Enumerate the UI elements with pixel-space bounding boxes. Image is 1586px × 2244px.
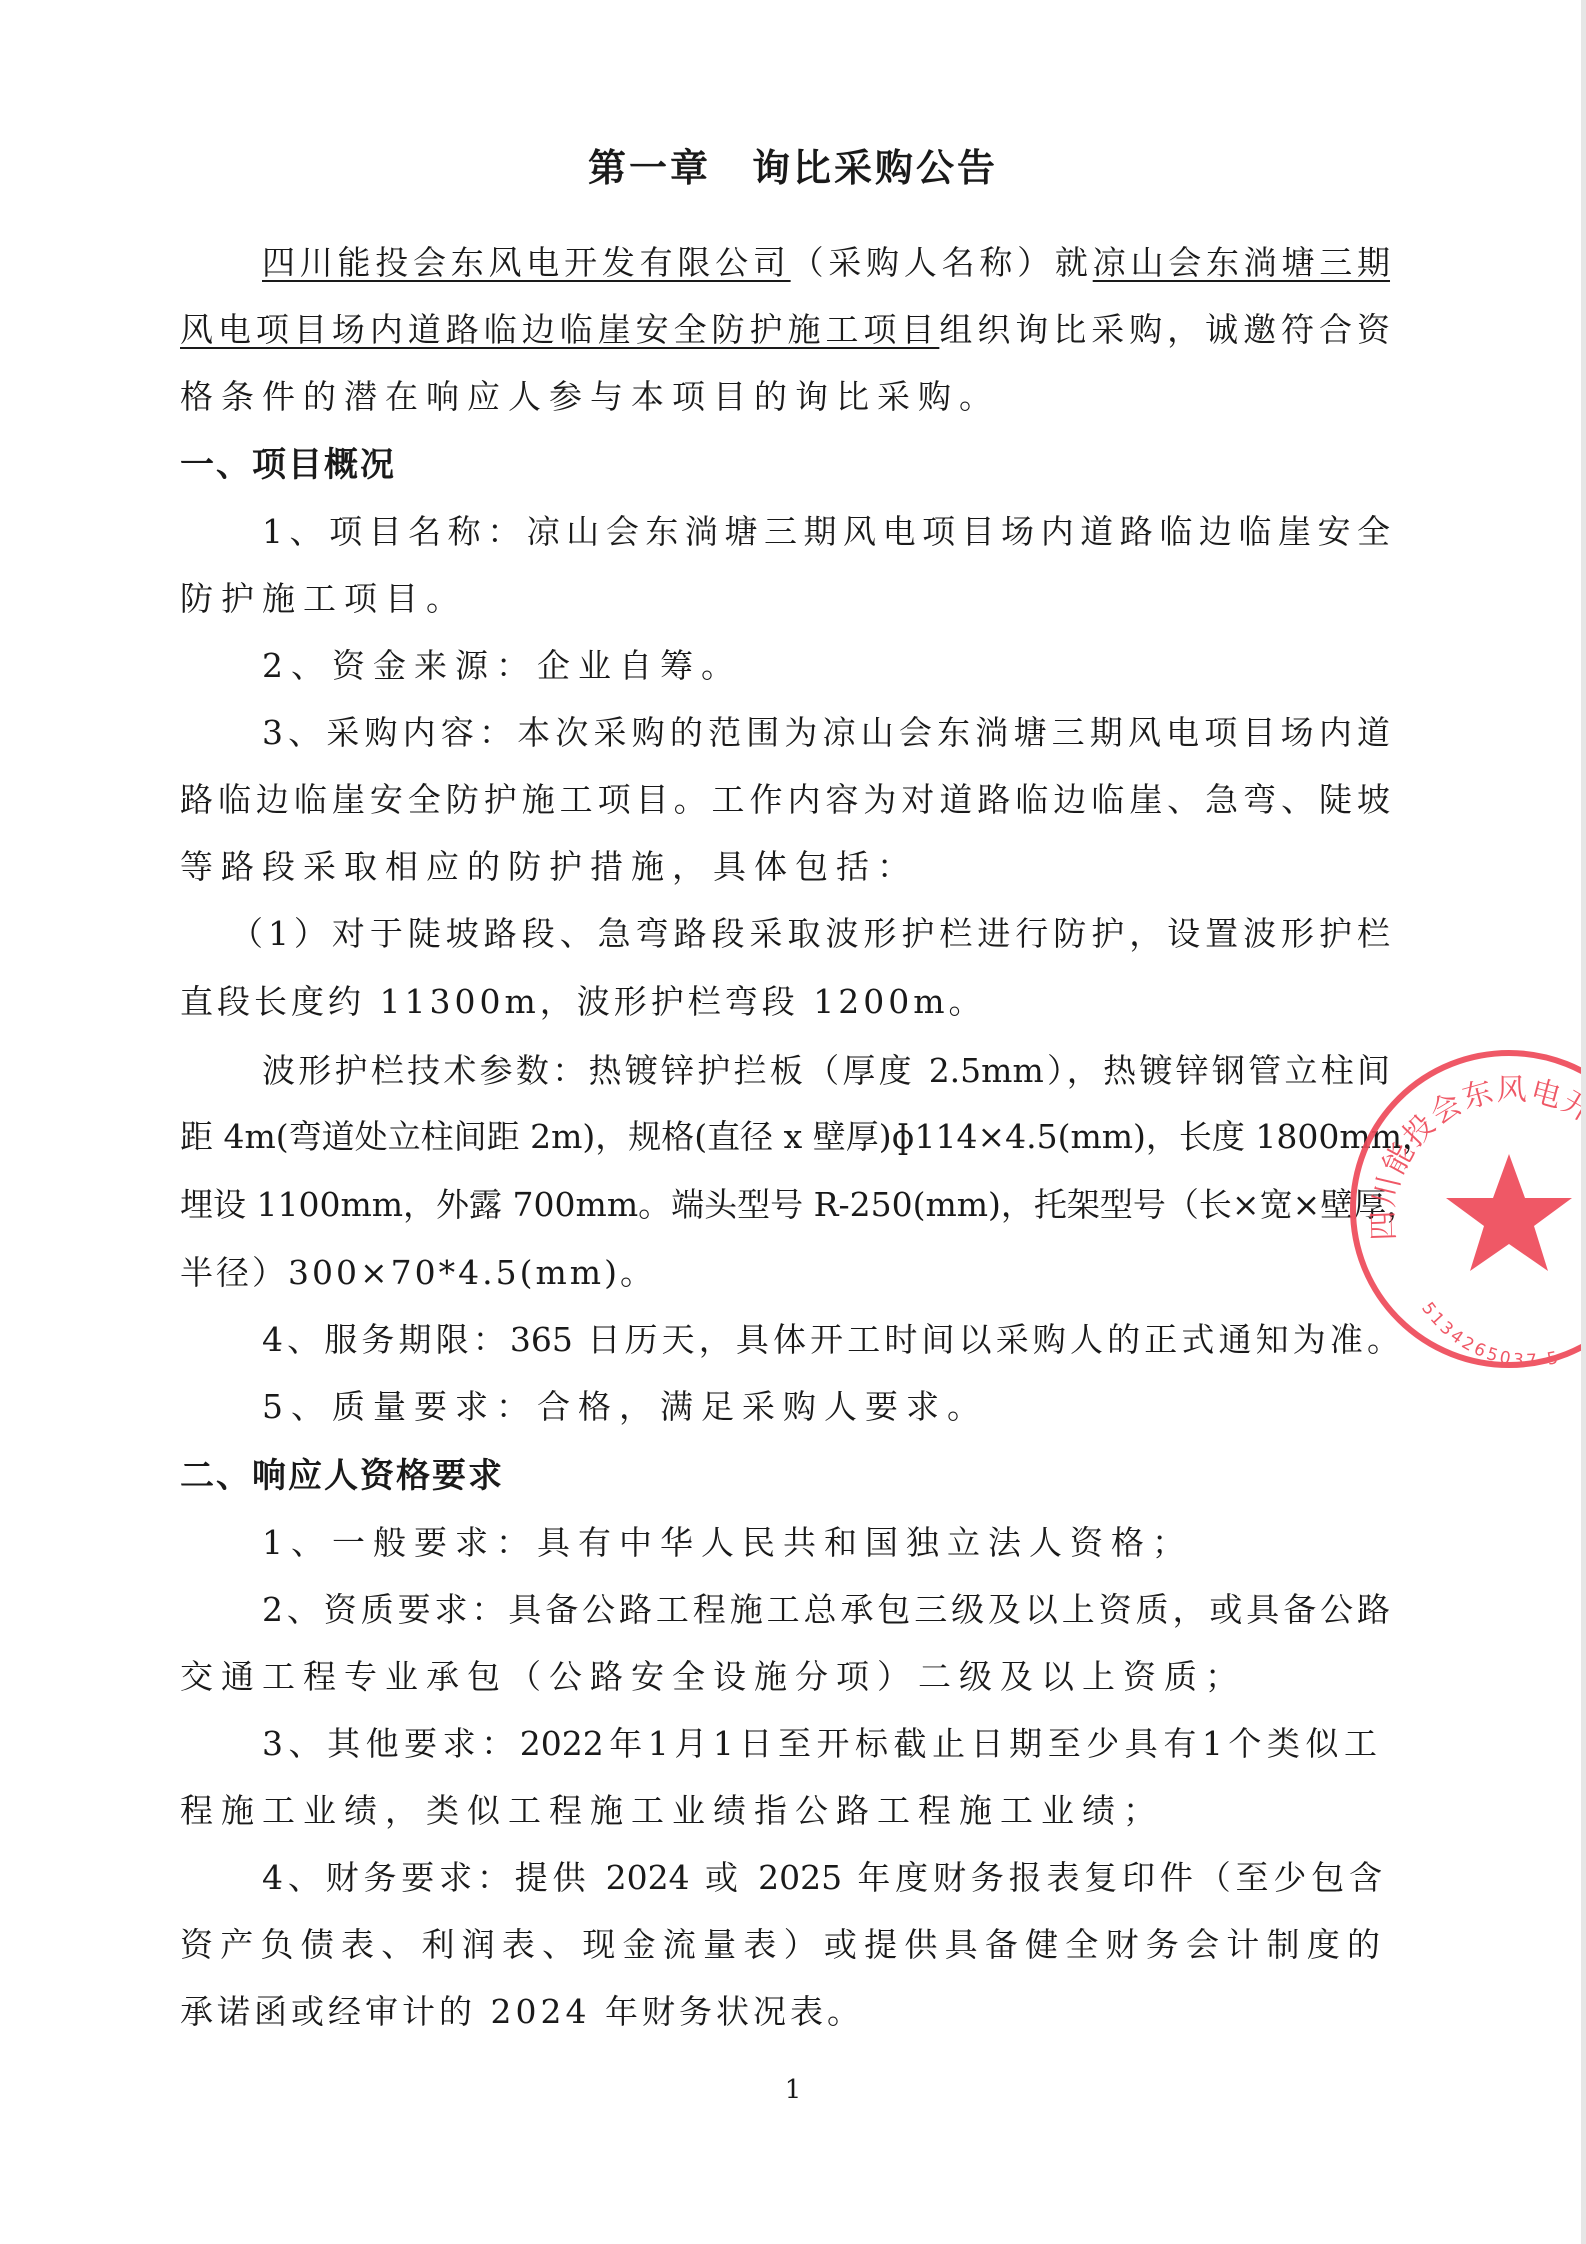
- funding-source: 2、资金来源：企业自筹。: [262, 641, 1390, 691]
- tech-params-line-4: 半径）300×70*4.5(mm)。: [180, 1248, 1390, 1298]
- procurement-content-line-3: 等路段采取相应的防护措施，具体包括：: [180, 842, 1390, 892]
- intro-line-1: 四川能投会东风电开发有限公司（采购人名称）就凉山会东淌塘三期: [262, 238, 1390, 288]
- page-title: 第一章 询比采购公告: [0, 140, 1586, 196]
- general-requirement: 1、一般要求：具有中华人民共和国独立法人资格；: [262, 1518, 1390, 1568]
- svg-text:5134265037 5: 5134265037 5: [1417, 1299, 1563, 1368]
- page-edge: [1581, 0, 1586, 2244]
- section-heading-project-overview: 一、项目概况: [180, 440, 1390, 490]
- other-requirement-line-2: 程施工业绩，类似工程施工业绩指公路工程施工业绩；: [180, 1786, 1390, 1836]
- quality-requirement: 5、质量要求：合格，满足采购人要求。: [262, 1382, 1390, 1432]
- qualification-requirement-line-1: 2、资质要求：具备公路工程施工总承包三级及以上资质，或具备公路: [262, 1585, 1390, 1635]
- page-number: 1: [0, 2075, 1586, 2105]
- intro-line-2: 风电项目场内道路临边临崖安全防护施工项目组织询比采购，诚邀符合资: [180, 305, 1390, 355]
- other-requirement-line-1: 3、其他要求：2022年1月1日至开标截止日期至少具有1个类似工: [262, 1719, 1377, 1769]
- section-heading-qualification: 二、响应人资格要求: [180, 1451, 1390, 1501]
- seal-code: 5134265037 5: [1417, 1299, 1563, 1368]
- project-name-line-2: 防护施工项目。: [180, 574, 1390, 624]
- procurement-content-line-2: 路临边临崖安全防护施工项目。工作内容为对道路临边临崖、急弯、陡坡: [180, 775, 1390, 825]
- financial-requirement-line-1: 4、财务要求：提供 2024 或 2025 年度财务报表复印件（至少包含: [262, 1853, 1382, 1903]
- procurement-content-line-1: 3、采购内容：本次采购的范围为凉山会东淌塘三期风电项目场内道: [262, 708, 1390, 758]
- financial-requirement-line-3: 承诺函或经审计的 2024 年财务状况表。: [180, 1987, 1390, 2037]
- intro-line-3: 格条件的潜在响应人参与本项目的询比采购。: [180, 372, 1390, 422]
- project-name-line-1: 1、项目名称：凉山会东淌塘三期风电项目场内道路临边临崖安全: [262, 507, 1390, 557]
- project-name-part2: 风电项目场内道路临边临崖安全防护施工项目: [180, 310, 939, 349]
- qualification-requirement-line-2: 交通工程专业承包（公路安全设施分项）二级及以上资质；: [180, 1652, 1390, 1702]
- financial-requirement-line-2: 资产负债表、利润表、现金流量表）或提供具备健全财务会计制度的: [180, 1920, 1380, 1970]
- tech-params-line-2: 距 4m(弯道处立柱间距 2m)，规格(直径 x 壁厚)ɸ114×4.5(mm)…: [180, 1112, 1405, 1162]
- purchaser-name: 四川能投会东风电开发有限公司: [262, 243, 791, 282]
- intro-text: （采购人名称）就: [791, 243, 1093, 282]
- sub-item-1-line-2: 直段长度约 11300m，波形护栏弯段 1200m。: [180, 977, 1390, 1027]
- sub-item-1-line-1: （1）对于陡坡路段、急弯路段采取波形护栏进行防护，设置波形护栏: [230, 909, 1390, 959]
- tech-params-line-3: 埋设 1100mm，外露 700mm。端头型号 R-250(mm)，托架型号（长…: [180, 1180, 1405, 1230]
- document-page: 第一章 询比采购公告 四川能投会东风电开发有限公司（采购人名称）就凉山会东淌塘三…: [0, 0, 1586, 2244]
- star-icon: [1446, 1154, 1572, 1271]
- service-period: 4、服务期限：365 日历天，具体开工时间以采购人的正式通知为准。: [262, 1315, 1400, 1365]
- tech-params-line-1: 波形护栏技术参数：热镀锌护拦板（厚度 2.5mm），热镀锌钢管立柱间: [262, 1046, 1390, 1096]
- intro-text: 组织询比采购，诚邀符合资: [939, 310, 1390, 349]
- project-name-part1: 凉山会东淌塘三期: [1093, 243, 1390, 282]
